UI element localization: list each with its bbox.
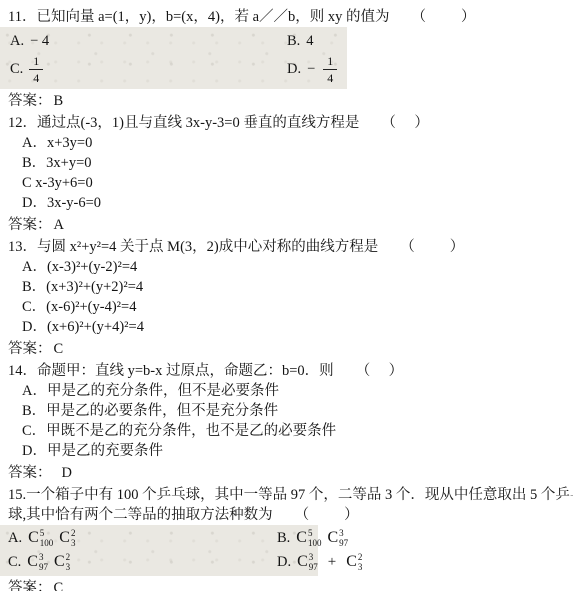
combination-term: C 23 <box>346 553 362 572</box>
subscript: 97 <box>309 563 318 572</box>
combination-term: C 397 <box>27 553 48 572</box>
answer-value: C <box>54 580 64 591</box>
option-label: D. <box>287 61 301 78</box>
question-14-text: 14．命题甲：直线 y=b-x 过原点，命题乙：b=0．则 <box>8 363 334 379</box>
option-c: C x-3y+6=0 <box>0 173 573 193</box>
question-11-text: 11．已知向量 a=(1，y)，b=(x，4)，若 a／／b，则 xy 的值为 <box>8 9 390 25</box>
option-d: D. − 1 4 <box>287 55 347 84</box>
option-label: C. <box>10 61 23 78</box>
option-d: D. C 397 + C 23 <box>277 552 362 572</box>
question-14-title: 14．命题甲：直线 y=b-x 过原点，命题乙：b=0．则（ ） <box>0 361 573 381</box>
superscript: 2 <box>66 553 71 562</box>
option-a: A. C 5100 C 23 <box>8 528 277 548</box>
answer-label: 答案： <box>8 217 52 233</box>
combination-symbol: C <box>296 530 307 546</box>
answer-value: C <box>54 341 64 357</box>
combination-term: C 23 <box>59 529 75 548</box>
option-value: 4 <box>306 33 313 50</box>
option-label: D. <box>277 554 291 571</box>
option-a: A．甲是乙的充分条件，但不是必要条件 <box>0 381 573 401</box>
fraction-numerator: 1 <box>29 55 43 70</box>
superscript: 3 <box>39 553 44 562</box>
answer-label: 答案： <box>8 341 52 357</box>
question-15: 15.一个箱子中有 100 个乒乓球，其中一等品 97 个，二等品 3 个．现从… <box>0 485 573 591</box>
fraction-numerator: 1 <box>323 55 337 70</box>
question-12-answer: 答案：A <box>0 215 573 235</box>
minus-sign: − <box>307 61 315 78</box>
answer-bracket: （ ） <box>412 9 478 25</box>
question-13: 13．与圆 x²+y²=4 关于点 M(3，2)成中心对称的曲线方程是（ ） A… <box>0 237 573 359</box>
option-label: C. <box>8 554 21 571</box>
answer-label: 答案： <box>8 93 52 109</box>
subscript: 3 <box>71 539 76 548</box>
question-15-options: A. C 5100 C 23 B. C 5100 C 397 C. <box>0 525 318 576</box>
option-b: B. C 5100 C 397 <box>277 528 362 548</box>
option-b: B. 4 <box>287 31 347 51</box>
superscript: 2 <box>358 553 363 562</box>
question-14: 14．命题甲：直线 y=b-x 过原点，命题乙：b=0．则（ ） A．甲是乙的充… <box>0 361 573 483</box>
answer-bracket: （ ） <box>400 239 466 255</box>
option-label: B. <box>287 33 300 50</box>
question-15-answer: 答案：C <box>0 578 573 591</box>
option-d: D．甲是乙的充要条件 <box>0 441 573 461</box>
answer-value: A <box>54 217 64 233</box>
fraction-denominator: 4 <box>327 70 333 84</box>
answer-value: B <box>54 93 64 109</box>
answer-label: 答案： <box>8 580 52 591</box>
question-12: 12．通过点(-3，1)且与直线 3x-y-3=0 垂直的直线方程是（ ） A．… <box>0 113 573 235</box>
combination-symbol: C <box>346 554 357 570</box>
option-c: C．(x-6)²+(y-4)²=4 <box>0 297 573 317</box>
superscript: 3 <box>309 553 314 562</box>
combination-symbol: C <box>54 554 65 570</box>
subscript: 97 <box>339 539 348 548</box>
superscript: 5 <box>40 529 45 538</box>
option-label: B. <box>277 530 290 547</box>
combination-symbol: C <box>28 530 39 546</box>
answer-value: D <box>62 465 72 481</box>
option-b: B．甲是乙的必要条件，但不是充分条件 <box>0 401 573 421</box>
option-label: A. <box>10 33 24 50</box>
superscript: 2 <box>71 529 76 538</box>
fraction: 1 4 <box>29 55 43 84</box>
option-c: C. 1 4 <box>10 55 287 84</box>
option-value: − 4 <box>30 33 49 50</box>
combination-symbol: C <box>327 530 338 546</box>
answer-bracket: （ ） <box>295 507 361 523</box>
option-d: D．(x+6)²+(y+4)²=4 <box>0 317 573 337</box>
combination-term: C 5100 <box>28 529 53 548</box>
subscript: 97 <box>39 563 48 572</box>
option-label: A. <box>8 530 22 547</box>
combination-term: C 397 <box>327 529 348 548</box>
option-c: C. C 397 C 23 <box>8 552 277 572</box>
question-11-title: 11．已知向量 a=(1，y)，b=(x，4)，若 a／／b，则 xy 的值为（… <box>0 7 573 27</box>
answer-bracket: （ ） <box>381 115 431 131</box>
question-11-answer: 答案：B <box>0 91 573 111</box>
subscript: 100 <box>40 539 54 548</box>
combination-term: C 5100 <box>296 529 321 548</box>
question-13-title: 13．与圆 x²+y²=4 关于点 M(3，2)成中心对称的曲线方程是（ ） <box>0 237 573 257</box>
option-c: C．甲既不是乙的充分条件，也不是乙的必要条件 <box>0 421 573 441</box>
option-b: B．3x+y=0 <box>0 153 573 173</box>
question-11-options: A. − 4 B. 4 C. 1 4 D. − 1 4 <box>0 27 347 89</box>
question-15-title-line1: 15.一个箱子中有 100 个乒乓球，其中一等品 97 个，二等品 3 个．现从… <box>0 485 573 505</box>
subscript: 100 <box>308 539 322 548</box>
question-14-answer: 答案：D <box>0 463 573 483</box>
subscript: 3 <box>66 563 71 572</box>
combination-term: C 23 <box>54 553 70 572</box>
option-b: B．(x+3)²+(y+2)²=4 <box>0 277 573 297</box>
combination-term: C 397 <box>297 553 318 572</box>
question-13-text: 13．与圆 x²+y²=4 关于点 M(3，2)成中心对称的曲线方程是 <box>8 239 378 255</box>
fraction-denominator: 4 <box>33 70 39 84</box>
question-12-text: 12．通过点(-3，1)且与直线 3x-y-3=0 垂直的直线方程是 <box>8 115 359 131</box>
superscript: 5 <box>308 529 313 538</box>
plus-operator: + <box>328 554 336 571</box>
question-13-answer: 答案：C <box>0 339 573 359</box>
combination-symbol: C <box>59 530 70 546</box>
combination-symbol: C <box>27 554 38 570</box>
option-d: D．3x-y-6=0 <box>0 193 573 213</box>
superscript: 3 <box>339 529 344 538</box>
combination-symbol: C <box>297 554 308 570</box>
option-a: A．x+3y=0 <box>0 133 573 153</box>
question-11: 11．已知向量 a=(1，y)，b=(x，4)，若 a／／b，则 xy 的值为（… <box>0 7 573 111</box>
question-15-title-line2: 球,其中恰有两个二等品的抽取方法种数为（ ） <box>0 505 573 525</box>
option-a: A. − 4 <box>10 31 287 51</box>
question-12-title: 12．通过点(-3，1)且与直线 3x-y-3=0 垂直的直线方程是（ ） <box>0 113 573 133</box>
fraction: 1 4 <box>323 55 337 84</box>
answer-label: 答案： <box>8 465 52 481</box>
option-a: A．(x-3)²+(y-2)²=4 <box>0 257 573 277</box>
answer-bracket: （ ） <box>356 363 406 379</box>
question-15-text: 球,其中恰有两个二等品的抽取方法种数为 <box>8 507 273 523</box>
subscript: 3 <box>358 563 363 572</box>
